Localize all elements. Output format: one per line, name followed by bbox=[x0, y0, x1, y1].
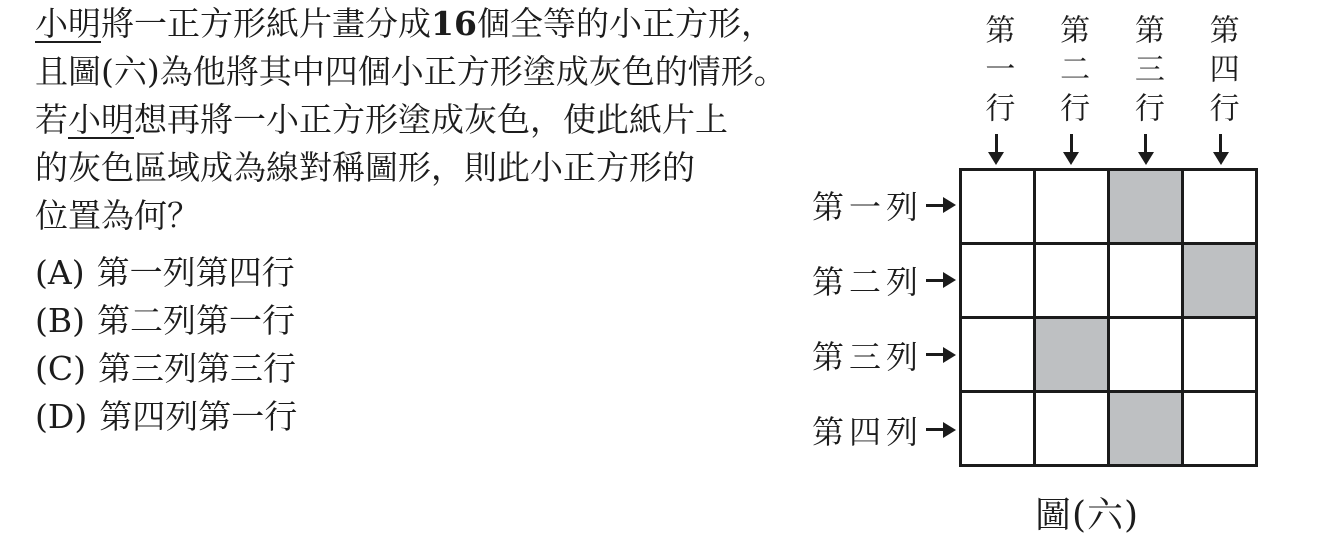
figure-caption: 圖(六) bbox=[937, 487, 1237, 538]
down-arrow-icon-stem bbox=[995, 134, 998, 152]
underlined-name: 小明 bbox=[35, 4, 101, 43]
problem-line-4: 的灰色區域成為線對稱圖形，則此小正方形的 bbox=[35, 144, 825, 192]
grid-cell-r4c3-shaded bbox=[1110, 393, 1181, 464]
right-arrow-icon-stem bbox=[926, 204, 943, 207]
column-header-1: 第一行 bbox=[959, 14, 1034, 165]
text-segment: 位置為何？ bbox=[35, 196, 200, 235]
grid-cell-r1c4 bbox=[1184, 171, 1255, 242]
row-headers: 第一列第二列第三列第四列 bbox=[816, 168, 956, 467]
problem-line-1: 小明將一正方形紙片畫分成16個全等的小正方形， bbox=[35, 0, 825, 48]
column-headers: 第一行第二行第三行第四行 bbox=[959, 14, 1258, 165]
column-header-2: 第二行 bbox=[1034, 14, 1109, 165]
down-arrow-icon bbox=[1138, 134, 1154, 165]
down-arrow-icon-stem bbox=[1219, 134, 1222, 152]
option-a: (A)第一列第四行 bbox=[35, 249, 825, 297]
row-header-4: 第四列 bbox=[816, 392, 956, 467]
option-b-text: 第二列第一行 bbox=[97, 301, 295, 340]
answer-options-list: (A)第一列第四行(B)第二列第一行(C)第三列第三行(D)第四列第一行 bbox=[35, 249, 825, 441]
down-arrow-icon-head bbox=[1063, 152, 1079, 165]
right-arrow-icon-stem bbox=[926, 353, 943, 356]
problem-block: 小明將一正方形紙片畫分成16個全等的小正方形，且圖(六)為他將其中四個小正方形塗… bbox=[35, 0, 825, 441]
column-header-label: 第一行 bbox=[981, 14, 1011, 131]
grid-cell-r2c2 bbox=[1036, 245, 1107, 316]
grid-cell-r4c2 bbox=[1036, 393, 1107, 464]
down-arrow-icon-head bbox=[1138, 152, 1154, 165]
text-segment: 的灰色區域成為線對稱圖形，則此小正方形的 bbox=[35, 148, 695, 187]
grid-cell-r3c1 bbox=[962, 319, 1033, 390]
text-segment: 想再將一小正方形塗成灰色，使此紙片上 bbox=[134, 100, 728, 139]
down-arrow-icon bbox=[988, 134, 1004, 165]
grid-cell-r2c1 bbox=[962, 245, 1033, 316]
grid-cell-r3c4 bbox=[1184, 319, 1255, 390]
row-header-label: 第四列 bbox=[812, 407, 923, 453]
grid-cell-r1c2 bbox=[1036, 171, 1107, 242]
right-arrow-icon bbox=[926, 347, 956, 363]
right-arrow-icon-head bbox=[943, 272, 956, 288]
text-segment: 將一正方形紙片畫分成 bbox=[101, 4, 431, 43]
option-d: (D)第四列第一行 bbox=[35, 393, 825, 441]
option-c-text: 第三列第三行 bbox=[98, 349, 296, 388]
right-arrow-icon bbox=[926, 272, 956, 288]
option-c-label: (C) bbox=[35, 345, 86, 393]
text-segment: 個全等的小正方形， bbox=[477, 4, 774, 43]
down-arrow-icon bbox=[1063, 134, 1079, 165]
right-arrow-icon-head bbox=[943, 347, 956, 363]
option-a-label: (A) bbox=[35, 249, 85, 297]
grid-cell-r2c4-shaded bbox=[1184, 245, 1255, 316]
right-arrow-icon-head bbox=[943, 197, 956, 213]
right-arrow-icon-head bbox=[943, 422, 956, 438]
column-header-label: 第四行 bbox=[1206, 14, 1236, 131]
right-arrow-icon bbox=[926, 422, 956, 438]
option-a-text: 第一列第四行 bbox=[97, 253, 295, 292]
row-header-label: 第一列 bbox=[812, 182, 923, 228]
grid-cell-r3c2-shaded bbox=[1036, 319, 1107, 390]
down-arrow-icon-head bbox=[1213, 152, 1229, 165]
problem-line-2: 且圖(六)為他將其中四個小正方形塗成灰色的情形。 bbox=[35, 48, 825, 96]
row-header-label: 第三列 bbox=[812, 332, 923, 378]
right-arrow-icon bbox=[926, 197, 956, 213]
row-header-3: 第三列 bbox=[816, 318, 956, 393]
option-c: (C)第三列第三行 bbox=[35, 345, 825, 393]
row-header-label: 第二列 bbox=[812, 257, 923, 303]
option-d-label: (D) bbox=[35, 393, 87, 441]
bold-number: 16 bbox=[431, 4, 477, 43]
down-arrow-icon bbox=[1213, 134, 1229, 165]
row-header-2: 第二列 bbox=[816, 243, 956, 318]
grid-cell-r4c1 bbox=[962, 393, 1033, 464]
column-header-label: 第二行 bbox=[1056, 14, 1086, 131]
grid-cell-r1c1 bbox=[962, 171, 1033, 242]
column-header-3: 第三行 bbox=[1109, 14, 1184, 165]
right-arrow-icon-stem bbox=[926, 279, 943, 282]
problem-statement: 小明將一正方形紙片畫分成16個全等的小正方形，且圖(六)為他將其中四個小正方形塗… bbox=[35, 0, 825, 240]
grid-cell-r4c4 bbox=[1184, 393, 1255, 464]
down-arrow-icon-head bbox=[988, 152, 1004, 165]
grid-cell-r2c3 bbox=[1110, 245, 1181, 316]
grid-cell-r1c3-shaded bbox=[1110, 171, 1181, 242]
option-d-text: 第四列第一行 bbox=[99, 397, 297, 436]
grid-cell-r3c3 bbox=[1110, 319, 1181, 390]
text-segment: 且圖(六)為他將其中四個小正方形塗成灰色的情形。 bbox=[35, 52, 787, 91]
right-arrow-icon-stem bbox=[926, 428, 943, 431]
text-segment: 若 bbox=[35, 100, 68, 139]
problem-line-3: 若小明想再將一小正方形塗成灰色，使此紙片上 bbox=[35, 96, 825, 144]
option-b: (B)第二列第一行 bbox=[35, 297, 825, 345]
exam-document-page: 小明將一正方形紙片畫分成16個全等的小正方形，且圖(六)為他將其中四個小正方形塗… bbox=[0, 0, 1338, 557]
down-arrow-icon-stem bbox=[1144, 134, 1147, 152]
underlined-name: 小明 bbox=[68, 100, 134, 139]
figure-grid bbox=[959, 168, 1258, 467]
column-header-4: 第四行 bbox=[1183, 14, 1258, 165]
column-header-label: 第三行 bbox=[1131, 14, 1161, 131]
option-b-label: (B) bbox=[35, 297, 85, 345]
down-arrow-icon-stem bbox=[1070, 134, 1073, 152]
problem-line-5: 位置為何？ bbox=[35, 192, 825, 240]
row-header-1: 第一列 bbox=[816, 168, 956, 243]
